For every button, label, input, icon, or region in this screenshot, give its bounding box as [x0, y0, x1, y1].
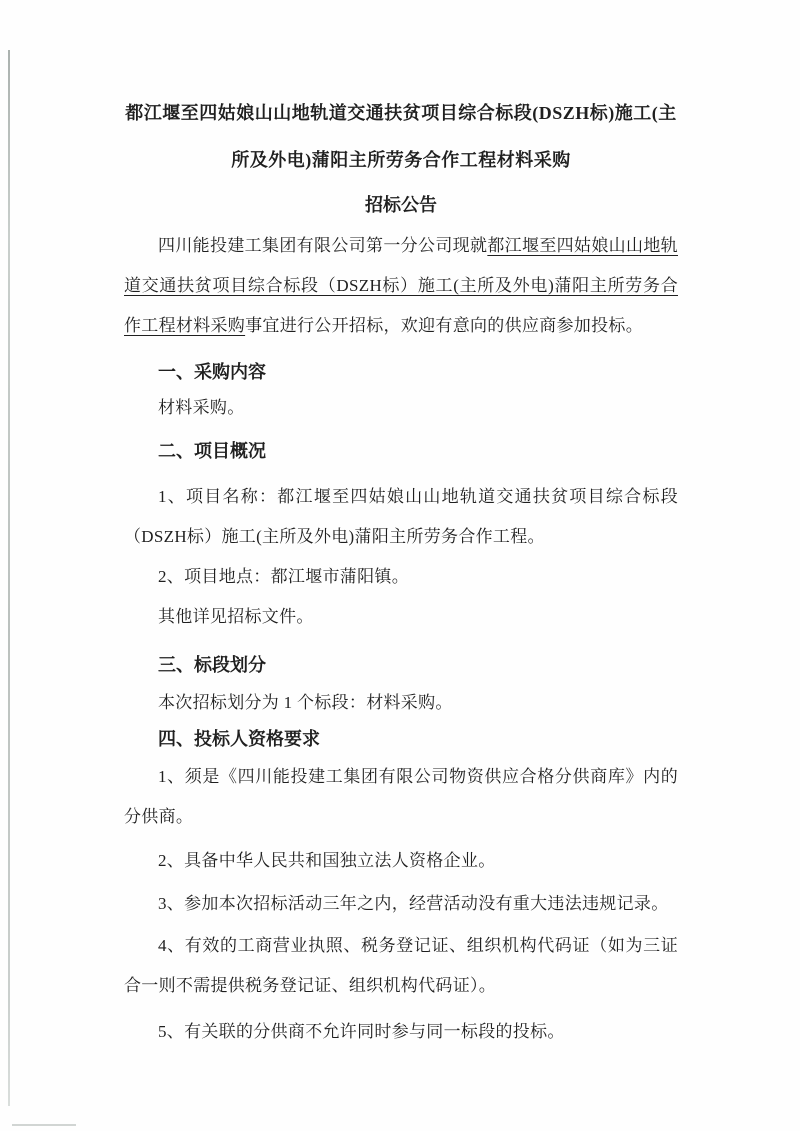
section-2-item-1: 1、项目名称：都江堰至四姑娘山山地轨道交通扶贫项目综合标段（DSZH标）施工(主… — [124, 477, 678, 557]
document-title: 都江堰至四姑娘山山地轨道交通扶贫项目综合标段(DSZH标)施工(主所及外电)蒲阳… — [124, 90, 678, 184]
section-4-item-5: 5、有关联的分供商不允许同时参与同一标段的投标。 — [124, 1012, 678, 1052]
section-2-item-3: 其他详见招标文件。 — [124, 597, 678, 637]
section-4-item-2: 2、具备中华人民共和国独立法人资格企业。 — [124, 841, 678, 881]
section-heading-2: 二、项目概况 — [158, 431, 678, 471]
section-heading-1: 一、采购内容 — [158, 352, 678, 392]
document-content: 都江堰至四姑娘山山地轨道交通扶贫项目综合标段(DSZH标)施工(主所及外电)蒲阳… — [124, 90, 678, 1052]
intro-text-pre: 四川能投建工集团有限公司第一分公司现就 — [158, 236, 487, 255]
section-4-item-4: 4、有效的工商营业执照、税务登记证、组织机构代码证（如为三证合一则不需提供税务登… — [124, 926, 678, 1006]
announcement-heading: 招标公告 — [124, 184, 678, 226]
section-1-paragraph: 材料采购。 — [124, 388, 678, 428]
section-3-paragraph: 本次招标划分为 1 个标段：材料采购。 — [124, 683, 678, 723]
section-heading-4: 四、投标人资格要求 — [158, 719, 678, 759]
scan-artifact-bottom-edge — [12, 1124, 76, 1126]
section-2-item-2: 2、项目地点：都江堰市蒲阳镇。 — [124, 557, 678, 597]
section-heading-3: 三、标段划分 — [158, 645, 678, 685]
section-4-item-3: 3、参加本次招标活动三年之内，经营活动没有重大违法违规记录。 — [124, 884, 678, 924]
scan-artifact-left-edge — [8, 50, 10, 1106]
scanned-document-page: 都江堰至四姑娘山山地轨道交通扶贫项目综合标段(DSZH标)施工(主所及外电)蒲阳… — [0, 0, 800, 1131]
section-4-item-1: 1、须是《四川能投建工集团有限公司物资供应合格分供商库》内的分供商。 — [124, 757, 678, 837]
intro-paragraph: 四川能投建工集团有限公司第一分公司现就都江堰至四姑娘山山地轨道交通扶贫项目综合标… — [124, 226, 678, 346]
intro-text-post: 事宜进行公开招标，欢迎有意向的供应商参加投标。 — [245, 316, 643, 335]
